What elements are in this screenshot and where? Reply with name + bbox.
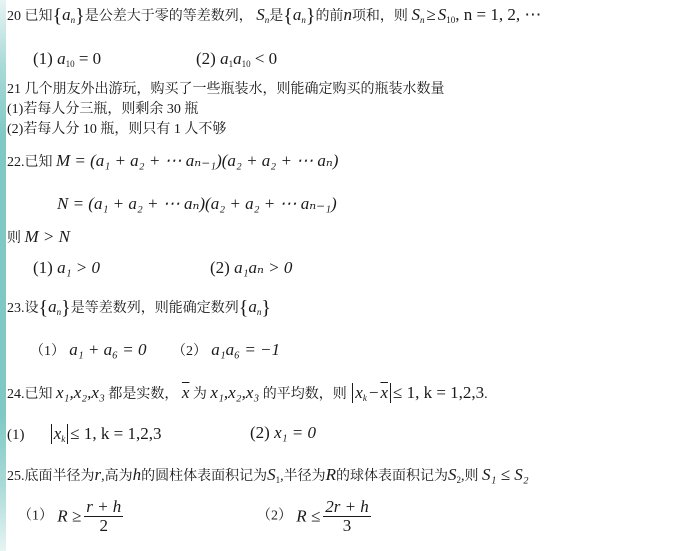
option-label: (2) [210, 258, 230, 277]
q24-text: 为 [193, 387, 207, 402]
q22-text: 则 [7, 231, 21, 246]
q24-stem: 24.已知 x₁,x₂,x₃ 都是实数， x 为 x₁,x₂,x₃ 的平均数，则… [7, 383, 488, 404]
q25-option-1: （1） R ≥r + h2 [18, 498, 123, 535]
fraction-numerator: 2r + h [323, 498, 371, 517]
option-lhs: R ≤ [296, 507, 320, 526]
option-expr: x₁ = 0 [274, 423, 316, 442]
fraction-numerator: r + h [84, 498, 123, 517]
option-label: (2) [250, 423, 270, 442]
q20-option-2: (2) a1a10 < 0 [196, 50, 277, 68]
math-sub: 10 [242, 59, 251, 69]
option-label: （1） [18, 509, 53, 524]
math-tail: , n = 1, 2, ⋯ [455, 5, 541, 24]
q20-number: 20 [7, 9, 21, 24]
fraction: r + h2 [84, 498, 123, 535]
option-label: （2） [257, 509, 292, 524]
option-expr: a₁ + a₆ = 0 [69, 340, 146, 359]
math-sub: 10 [66, 59, 75, 69]
q20-text: 已知 [25, 9, 53, 24]
math-op: ≥ [424, 5, 437, 24]
q20-text: 的前 [315, 9, 343, 24]
math-xbar: x [182, 383, 190, 402]
option-label: （1） [30, 344, 65, 359]
q25-text: 的圆柱体表面积记为 [141, 469, 267, 484]
q20-option-1: (1) a10 = 0 [33, 50, 101, 68]
q21-number: 21 [7, 82, 21, 97]
q20-text: 是公差大于零的等差数列， [85, 9, 253, 24]
q25-number: 25. [7, 469, 25, 484]
q22-conclusion: 则 M > N [7, 228, 70, 248]
math-vars: x₁,x₂,x₃ [210, 383, 259, 402]
math-tail: ≤ 1, k = 1,2,3 [393, 383, 484, 402]
q22-N-line: N = (a₁ + a₂ + ⋯ aₙ)(a₂ + a₂ + ⋯ aₙ₋₁) [57, 195, 337, 215]
option-label: (1) [33, 258, 53, 277]
period: . [484, 387, 488, 402]
option-label: (1) [7, 427, 25, 443]
option-expr: ≤ 1, k = 1,2,3 [70, 424, 161, 443]
math-var: n [343, 5, 352, 24]
q23-number: 23. [7, 301, 25, 316]
q23-option-1: （1） a₁ + a₆ = 0 [30, 341, 147, 361]
math-var: h [133, 465, 142, 484]
q20-text: 项和，则 [352, 9, 408, 24]
q24-text: 都是实数， [108, 387, 178, 402]
math-rhs: = 0 [75, 49, 102, 68]
q24-number: 24. [7, 387, 25, 402]
option-expr: a₁ > 0 [57, 258, 100, 277]
left-decorative-strip [0, 0, 6, 551]
q23-text: 是等差数列，则能确定数列 [71, 301, 239, 316]
q22-number: 22. [7, 155, 25, 170]
q22-option-1: (1) a₁ > 0 [33, 259, 100, 277]
math-var: S [438, 5, 447, 24]
q25-text: 底面半径为 [25, 469, 95, 484]
q25-text: ,高为 [101, 469, 133, 484]
q24-text: 的平均数，则 [263, 387, 347, 402]
q22-conclusion-expr: M > N [25, 227, 70, 246]
math-vars: x₁,x₂,x₃ [56, 383, 105, 402]
q24-option-2: (2) x₁ = 0 [250, 424, 316, 442]
math-var: a [62, 5, 71, 24]
option-label: (1) [33, 49, 53, 68]
q25-option-2: （2） R ≤2r + h3 [257, 498, 371, 535]
q23-stem: 23.设{an}是等差数列，则能确定数列{an} [7, 298, 271, 318]
fraction-denominator: 2 [100, 517, 109, 535]
fraction-denominator: 3 [343, 517, 352, 535]
q22-text: 已知 [25, 155, 53, 170]
q23-option-2: （2） a₁a₆ = −1 [172, 341, 280, 361]
q22-M-expression: M = (a₁ + a₂ + ⋯ aₙ₋₁)(a₂ + a₂ + ⋯ aₙ) [56, 151, 338, 170]
option-lhs: R ≥ [57, 507, 81, 526]
option-label: (2) [196, 49, 216, 68]
q21-option-2: (2)若每人分 10 瓶，则只有 1 人不够 [7, 121, 226, 139]
math-sub: 10 [446, 15, 455, 25]
math-var: R [326, 465, 336, 484]
q25-text: 的球体表面积记为 [336, 469, 448, 484]
q22-stem: 22.已知 M = (a₁ + a₂ + ⋯ aₙ₋₁)(a₂ + a₂ + ⋯… [7, 152, 338, 172]
q24-text: 已知 [25, 387, 53, 402]
q21-text: 几个朋友外出游玩，购买了一些瓶装水，则能确定购买的瓶装水数量 [25, 82, 445, 97]
math-var: S [256, 5, 265, 24]
q25-text: ,半径为 [280, 469, 326, 484]
q20-text: 是 [269, 9, 283, 24]
q25-condition: S₁ ≤ S₂ [482, 465, 529, 484]
q20-stem: 20 已知{an}是公差大于零的等差数列， Sn是{an}的前n项和，则 Sn≥… [7, 6, 541, 26]
option-expr: a₁aₙ > 0 [234, 258, 292, 277]
q25-stem: 25.底面半径为r,高为h的圆柱体表面积记为S1,半径为R的球体表面积记为S2,… [7, 466, 529, 486]
math-var: S [411, 5, 420, 24]
q21-stem: 21 几个朋友外出游玩，购买了一些瓶装水，则能确定购买的瓶装水数量 [7, 81, 445, 99]
q24-option-1: (1) xk≤ 1, k = 1,2,3 [7, 424, 161, 444]
q22-N-expression: N = (a₁ + a₂ + ⋯ aₙ)(a₂ + a₂ + ⋯ aₙ₋₁) [57, 194, 337, 213]
q25-text: ,则 [461, 469, 479, 484]
q22-option-2: (2) a₁aₙ > 0 [210, 259, 292, 277]
option-expr: a₁a₆ = −1 [211, 340, 280, 359]
fraction: 2r + h3 [323, 498, 371, 535]
option-label: （2） [172, 344, 207, 359]
math-rhs: < 0 [251, 49, 278, 68]
q23-text: 设 [25, 301, 39, 316]
q21-option-1: (1)若每人分三瓶，则剩余 30 瓶 [7, 101, 198, 119]
